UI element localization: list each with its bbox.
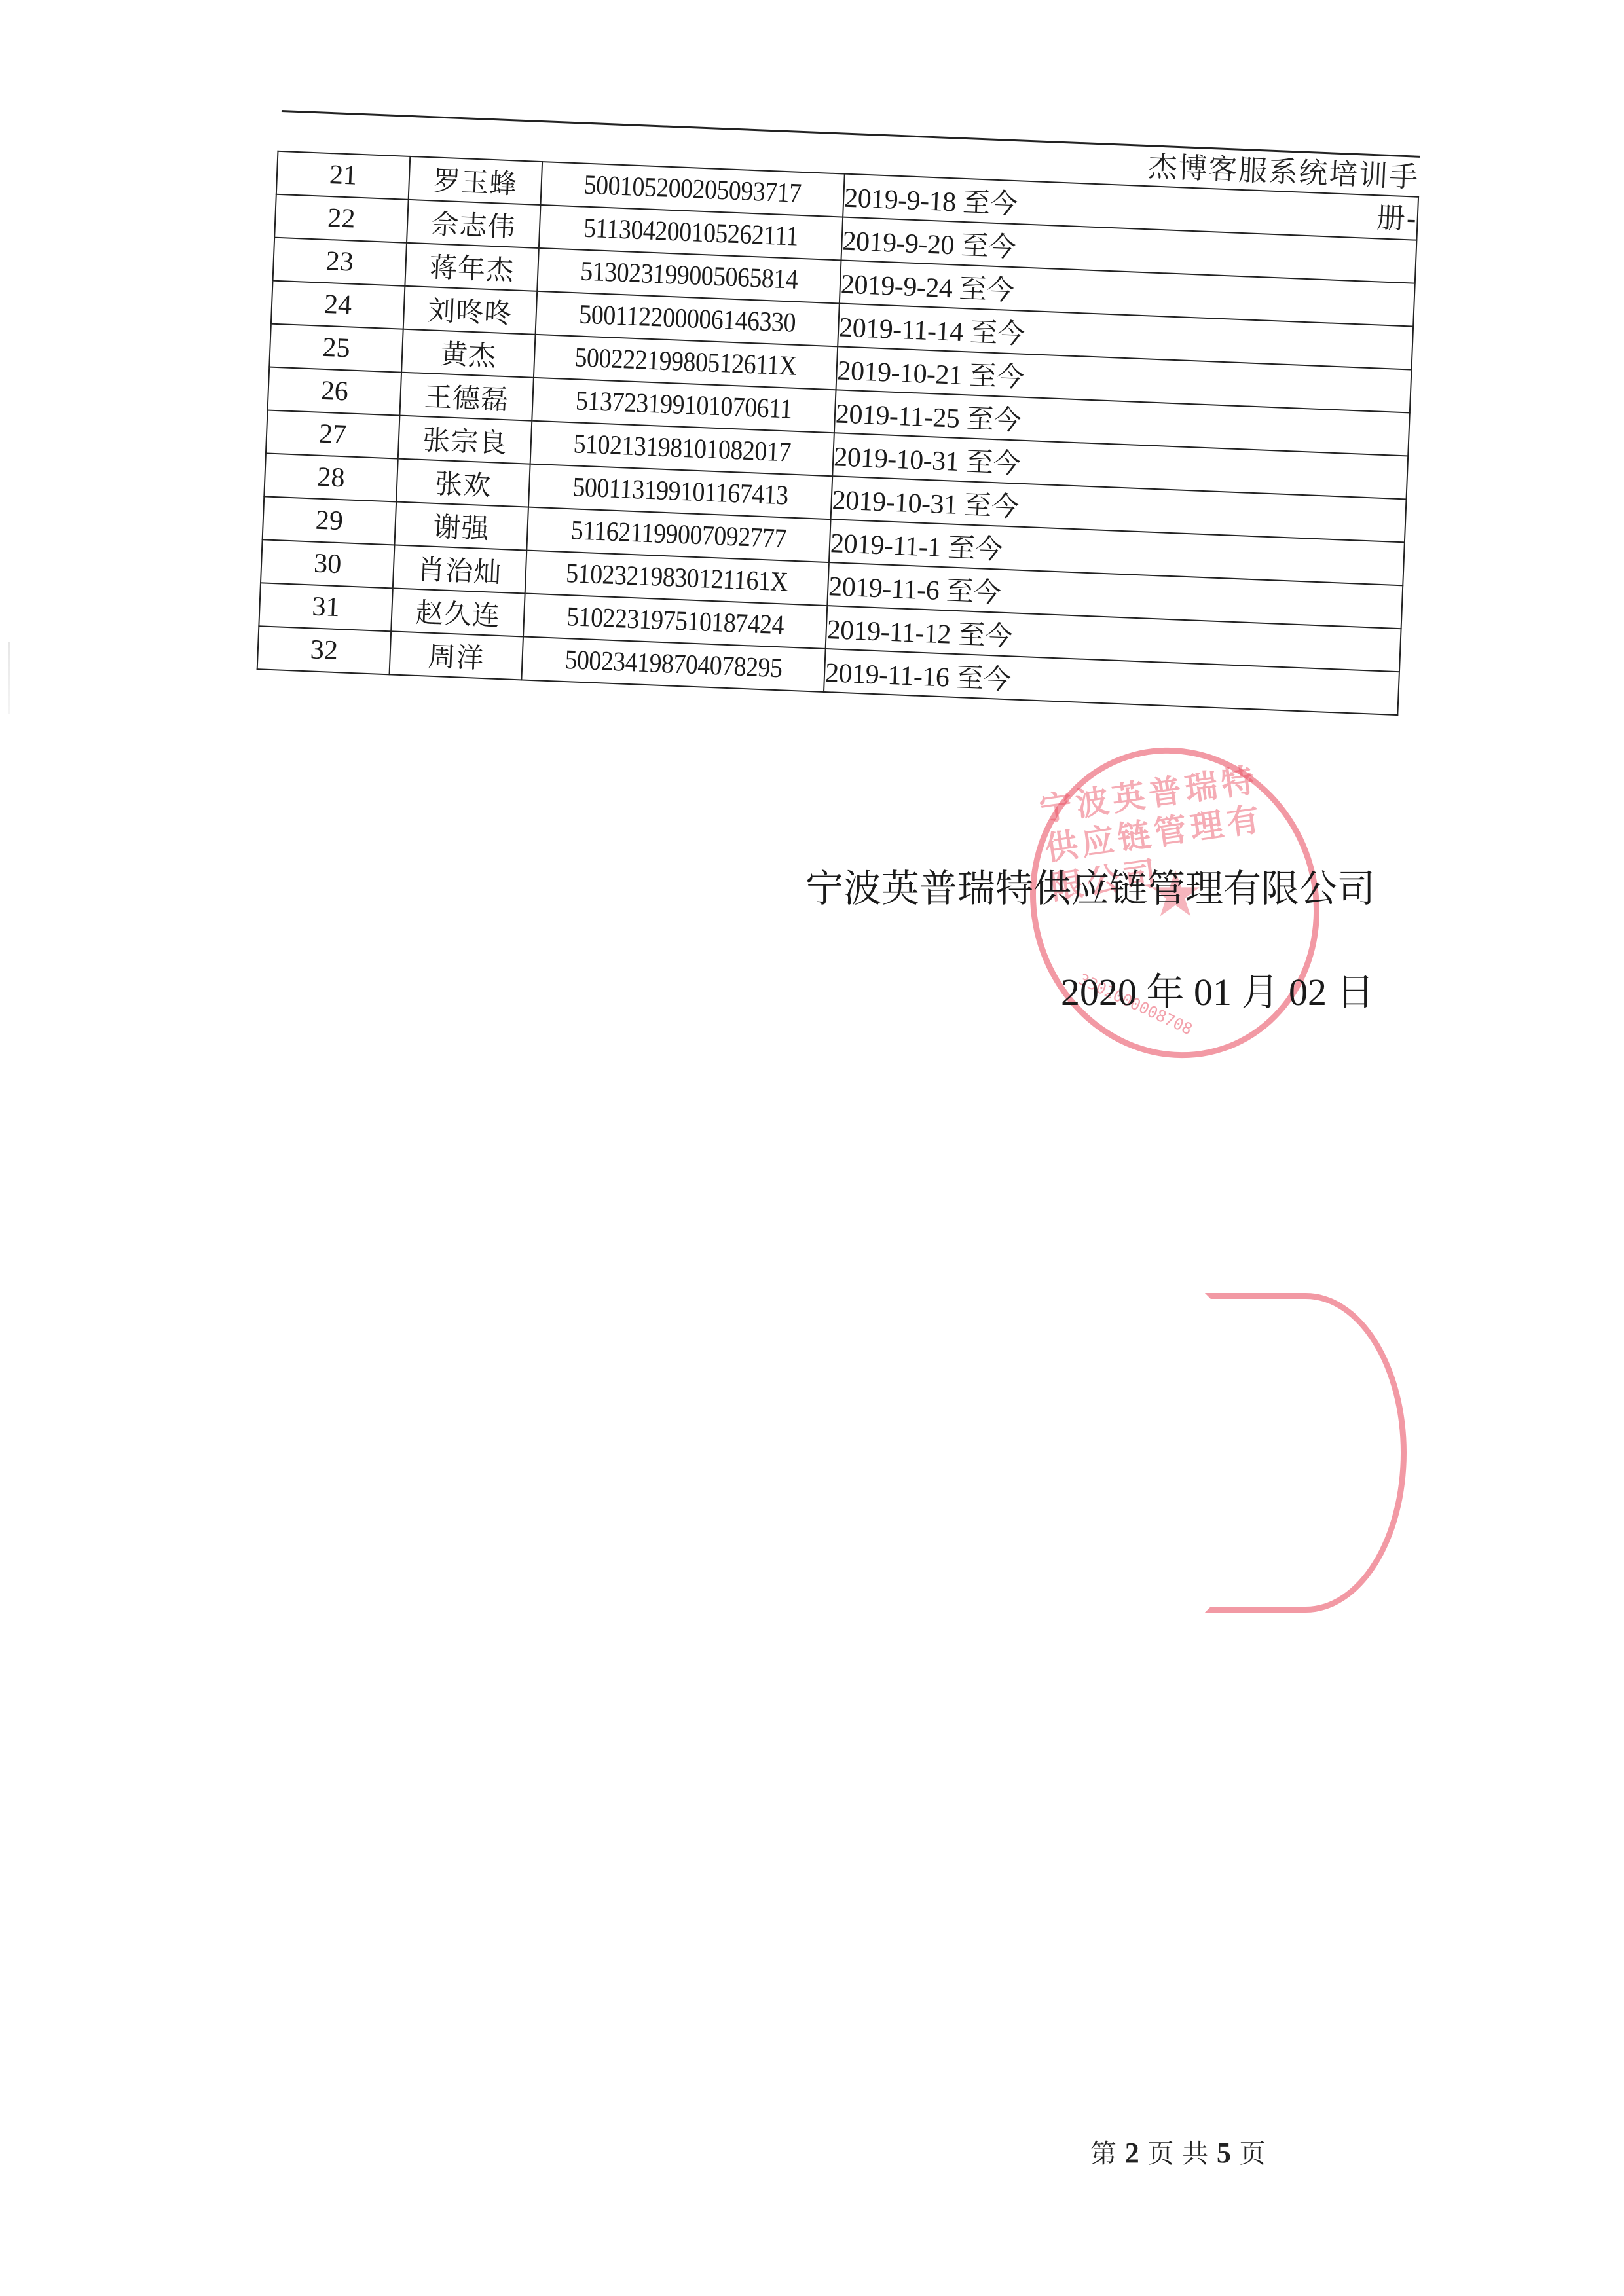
footer-middle: 页 共 xyxy=(1147,2139,1208,2169)
start-date: 2019-10-31 xyxy=(833,442,959,477)
row-number: 27 xyxy=(266,410,399,459)
row-number: 21 xyxy=(276,151,410,200)
employment-status: 至今 xyxy=(947,533,1003,565)
signature-date: 2020 年 01 月 02 日 xyxy=(1061,961,1375,1016)
employee-roster-table: 21罗玉蜂5001052002050937172019-9-18 至今22佘志伟… xyxy=(257,151,1419,716)
employee-name: 黄杰 xyxy=(401,329,535,378)
employee-name: 刘咚咚 xyxy=(403,286,537,335)
start-date: 2019-10-31 xyxy=(832,485,958,520)
cross-page-seal xyxy=(1205,1293,1407,1613)
footer-suffix: 页 xyxy=(1240,2139,1266,2169)
start-date: 2019-11-25 xyxy=(835,399,960,434)
row-number: 23 xyxy=(273,238,407,286)
employee-name: 王德磊 xyxy=(399,373,533,421)
header-rule xyxy=(282,110,1420,158)
roster-body: 21罗玉蜂5001052002050937172019-9-18 至今22佘志伟… xyxy=(257,151,1418,715)
start-date: 2019-11-16 xyxy=(824,658,950,693)
row-number: 28 xyxy=(264,453,397,501)
start-date: 2019-10-21 xyxy=(837,355,963,391)
start-date: 2019-11-1 xyxy=(830,528,942,563)
total-pages: 5 xyxy=(1217,2137,1231,2169)
row-number: 29 xyxy=(263,496,396,545)
employee-name: 罗玉蜂 xyxy=(409,156,542,205)
start-date: 2019-9-18 xyxy=(843,183,956,218)
employment-status: 至今 xyxy=(969,318,1025,350)
footer-prefix: 第 xyxy=(1090,2139,1116,2169)
start-date: 2019-11-14 xyxy=(838,312,963,348)
start-date: 2019-11-6 xyxy=(828,572,940,606)
current-page: 2 xyxy=(1125,2137,1139,2169)
employment-status: 至今 xyxy=(969,361,1025,393)
row-number: 31 xyxy=(259,583,392,631)
employee-name: 佘志伟 xyxy=(407,200,540,248)
employment-status: 至今 xyxy=(966,404,1022,436)
start-date: 2019-9-24 xyxy=(840,270,953,304)
employee-name: 张宗良 xyxy=(398,416,532,464)
row-number: 24 xyxy=(271,281,405,329)
employment-status: 至今 xyxy=(955,663,1012,695)
row-number: 26 xyxy=(268,367,401,416)
employee-name: 肖治灿 xyxy=(393,545,526,593)
start-date: 2019-9-20 xyxy=(842,227,955,261)
employee-name: 蒋年杰 xyxy=(405,243,538,291)
employment-status: 至今 xyxy=(965,447,1022,479)
row-number: 22 xyxy=(274,194,408,243)
employee-name: 张欢 xyxy=(396,459,530,507)
employee-name: 赵久连 xyxy=(391,588,525,636)
employee-name: 周洋 xyxy=(390,631,523,680)
employment-status: 至今 xyxy=(946,576,1002,608)
page-content-rotated: 杰博客服系统培训手册- 21罗玉蜂5001052002050937172019-… xyxy=(0,0,1624,839)
company-name: 宁波英普瑞特供应链管理有限公司 xyxy=(805,858,1375,913)
row-number: 25 xyxy=(269,324,403,373)
row-number: 32 xyxy=(257,626,391,674)
employee-name: 谢强 xyxy=(394,502,528,551)
start-date: 2019-11-12 xyxy=(826,615,951,650)
row-number: 30 xyxy=(261,539,394,588)
employment-status: 至今 xyxy=(959,274,1015,306)
page-number-footer: 第 2 页 共 5 页 xyxy=(1090,2133,1266,2170)
employment-status: 至今 xyxy=(963,490,1020,522)
employment-status: 至今 xyxy=(961,231,1017,263)
employment-status: 至今 xyxy=(962,188,1018,220)
employment-status: 至今 xyxy=(957,620,1014,652)
